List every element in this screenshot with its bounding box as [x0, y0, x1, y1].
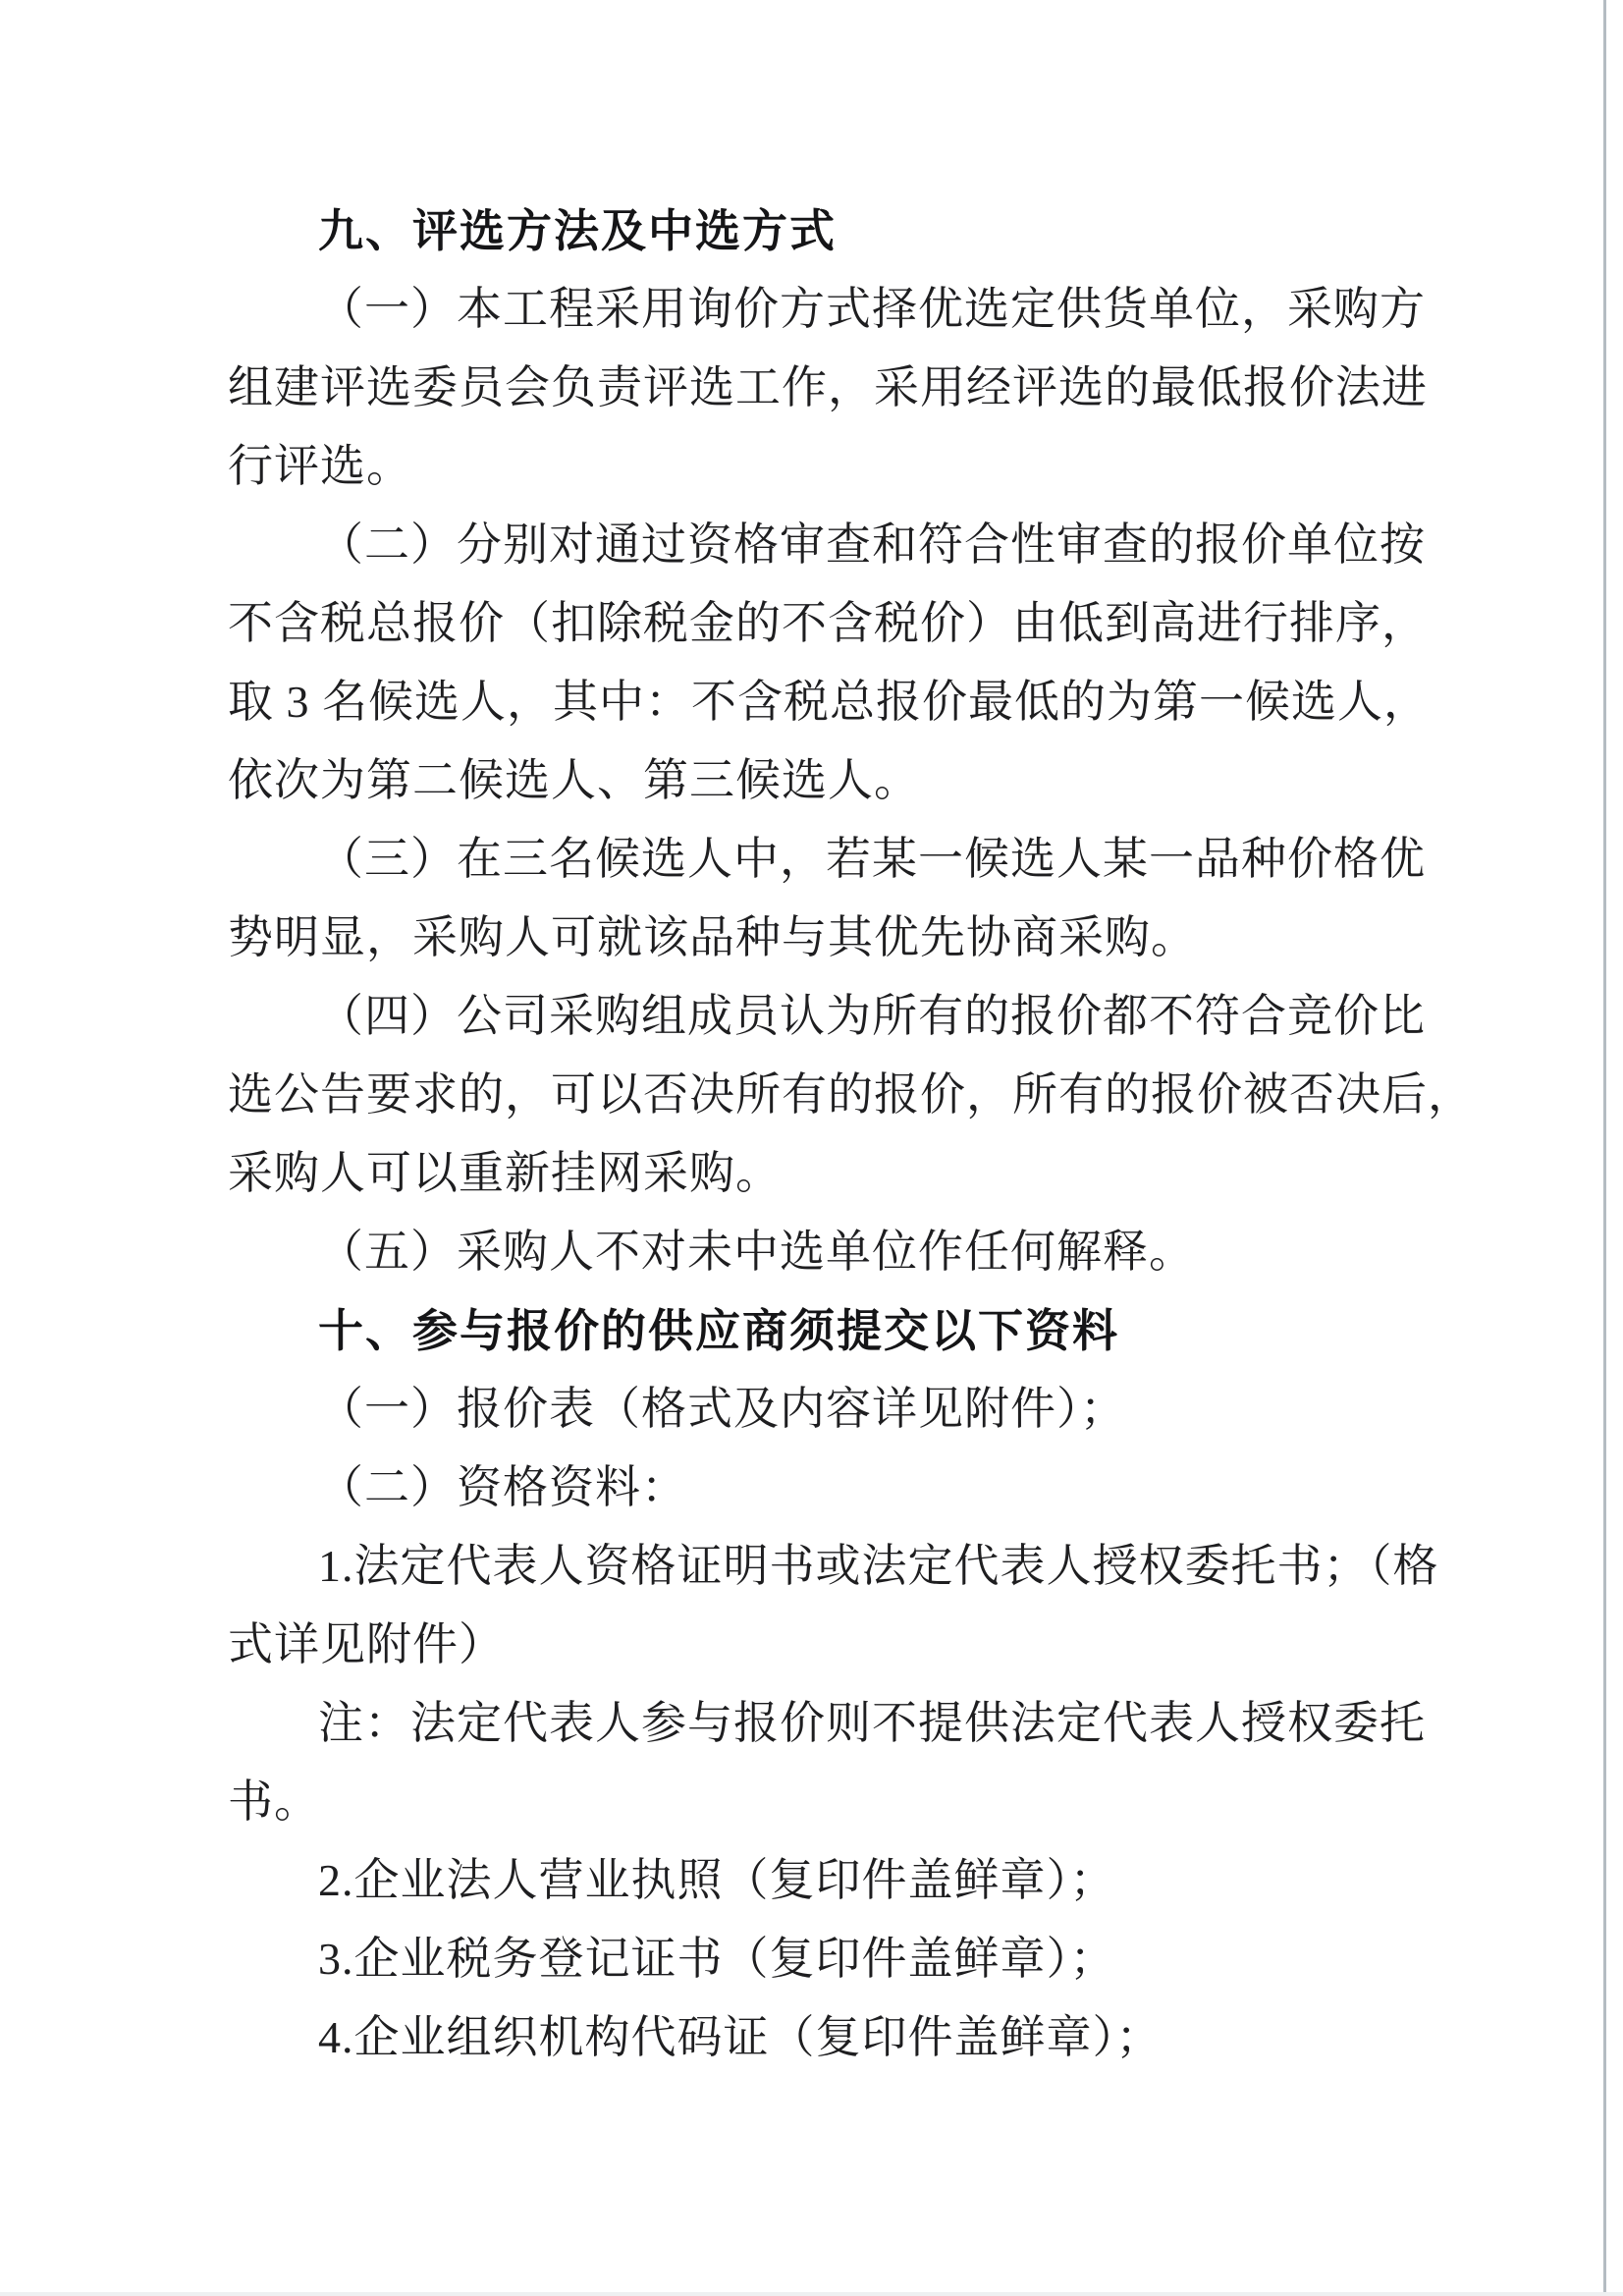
text-line: （二）资格资料： [228, 1449, 1365, 1527]
text-line: （三）在三名候选人中，若某一候选人某一品种价格优 [228, 820, 1365, 899]
text-line: 1.法定代表人资格证明书或法定代表人授权委托书；（格 [228, 1527, 1365, 1606]
text-line: 书。 [228, 1763, 1365, 1841]
text-line: 选公告要求的，可以否决所有的报价，所有的报价被否决后， [228, 1056, 1365, 1134]
scanner-edge-line [1603, 0, 1606, 2296]
text-line: 式详见附件） [228, 1606, 1365, 1684]
section-heading: 十、参与报价的供应商须提交以下资料 [228, 1291, 1365, 1370]
text-line: （四）公司采购组成员认为所有的报价都不符合竞价比 [228, 977, 1365, 1056]
document-page: 九、评选方法及中选方式（一）本工程采用询价方式择优选定供货单位，采购方组建评选委… [0, 0, 1623, 2296]
text-line: 注：法定代表人参与报价则不提供法定代表人授权委托 [228, 1684, 1365, 1763]
text-line: （二）分别对通过资格审查和符合性审查的报价单位按 [228, 506, 1365, 584]
text-line: 势明显，采购人可就该品种与其优先协商采购。 [228, 899, 1365, 977]
text-line: 组建评选委员会负责评选工作，采用经评选的最低报价法进 [228, 349, 1365, 427]
text-line: （一）本工程采用询价方式择优选定供货单位，采购方 [228, 270, 1365, 349]
text-line: 3.企业税务登记证书（复印件盖鲜章）； [228, 1920, 1365, 1998]
text-line: 依次为第二候选人、第三候选人。 [228, 741, 1365, 820]
text-line: 取 3 名候选人，其中：不含税总报价最低的为第一候选人， [228, 663, 1365, 741]
text-line: （五）采购人不对未中选单位作任何解释。 [228, 1213, 1365, 1291]
text-line: 不含税总报价（扣除税金的不含税价）由低到高进行排序， [228, 584, 1365, 663]
document-text-block: 九、评选方法及中选方式（一）本工程采用询价方式择优选定供货单位，采购方组建评选委… [228, 191, 1365, 2077]
text-line: 2.企业法人营业执照（复印件盖鲜章）； [228, 1841, 1365, 1920]
text-line: 采购人可以重新挂网采购。 [228, 1134, 1365, 1213]
text-line: （一）报价表（格式及内容详见附件）； [228, 1370, 1365, 1449]
section-heading: 九、评选方法及中选方式 [228, 191, 1365, 270]
text-line: 4.企业组织机构代码证（复印件盖鲜章）； [228, 1998, 1365, 2077]
page-bottom-edge [0, 2292, 1623, 2296]
text-line: 行评选。 [228, 427, 1365, 506]
